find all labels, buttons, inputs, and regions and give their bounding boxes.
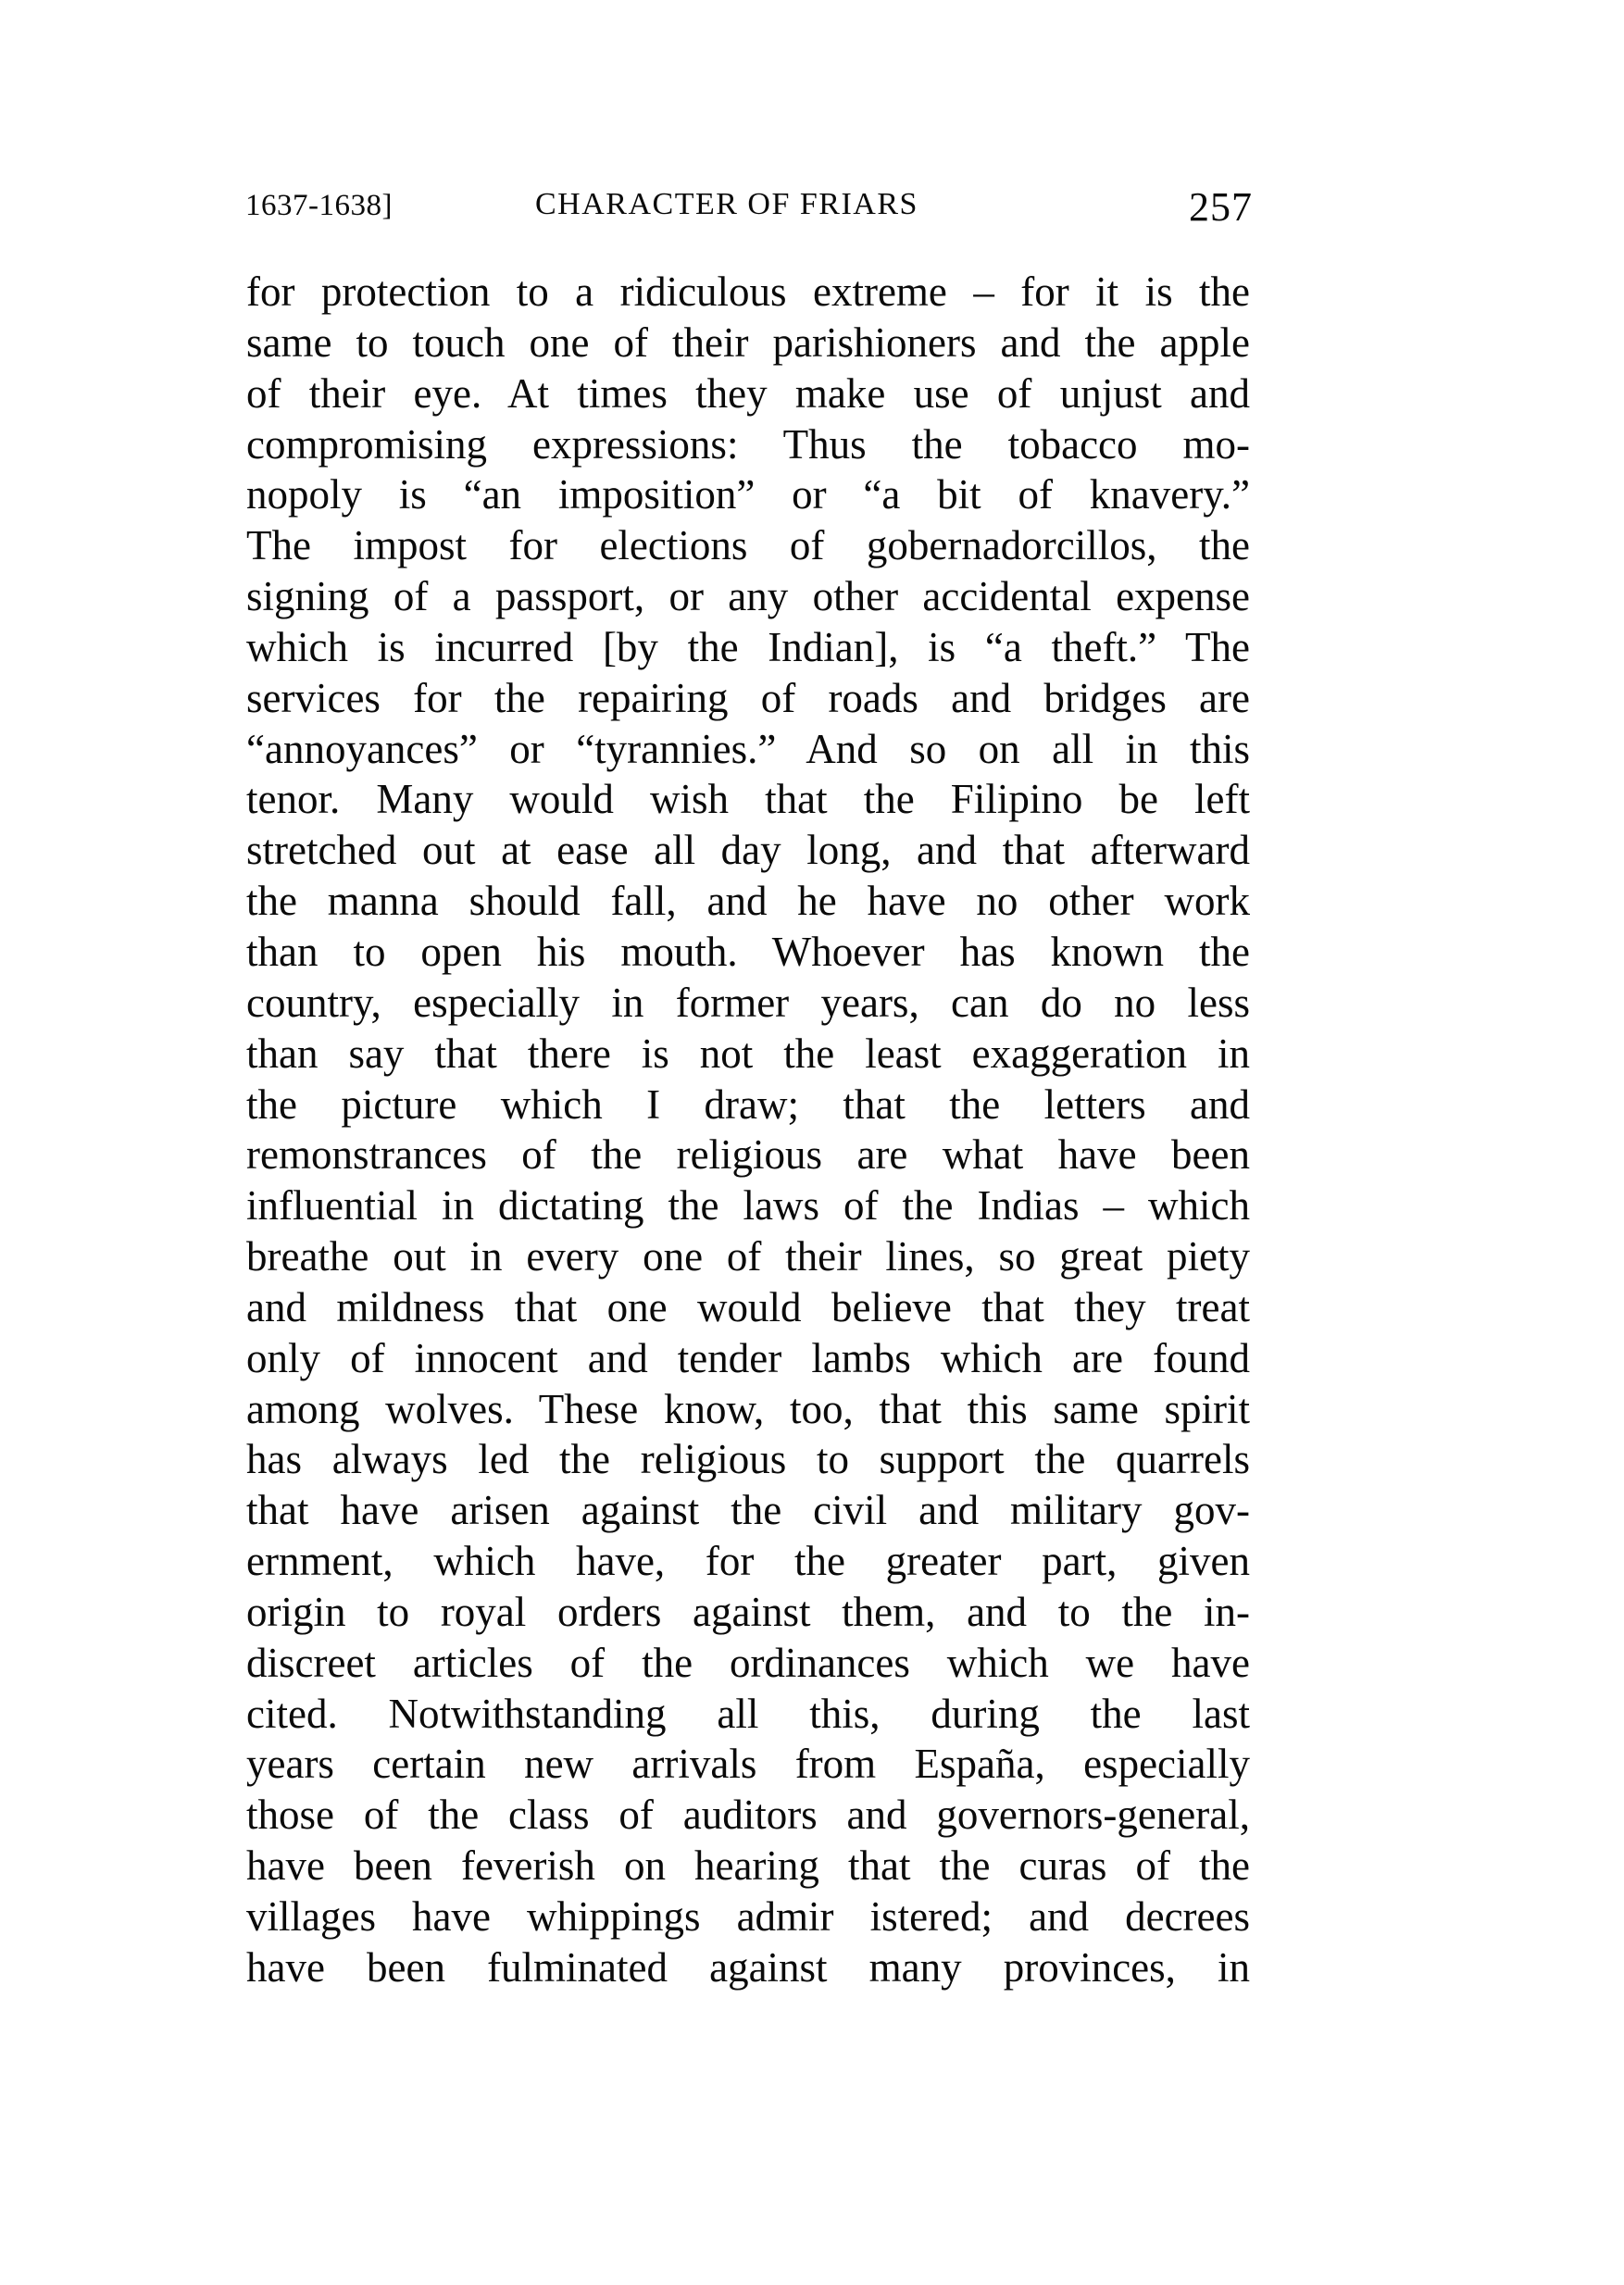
- book-page: 1637-1638] CHARACTER OF FRIARS 257 for p…: [0, 0, 1624, 2285]
- text-line: stretched out at ease all day long, and …: [246, 825, 1250, 876]
- text-line: those of the class of auditors and gover…: [246, 1790, 1250, 1841]
- text-line: breathe out in every one of their lines,…: [246, 1231, 1250, 1282]
- text-line: than to open his mouth. Whoever has know…: [246, 927, 1250, 978]
- text-line: of their eye. At times they make use of …: [246, 368, 1250, 419]
- text-line: country, especially in former years, can…: [246, 978, 1250, 1029]
- text-line: the picture which I draw; that the lette…: [246, 1080, 1250, 1130]
- text-line: has always led the religious to support …: [246, 1434, 1250, 1485]
- text-line: which is incurred [by the Indian], is “a…: [246, 622, 1250, 673]
- text-line: have been fulminated against many provin…: [246, 1942, 1250, 1993]
- text-line: discreet articles of the ordinances whic…: [246, 1638, 1250, 1689]
- text-line: origin to royal orders against them, and…: [246, 1587, 1250, 1638]
- text-line: The impost for elections of gobernadorci…: [246, 520, 1250, 571]
- text-line: same to touch one of their parishioners …: [246, 318, 1250, 368]
- text-line: villages have whippings admir istered; a…: [246, 1892, 1250, 1942]
- text-line: than say that there is not the least exa…: [246, 1029, 1250, 1080]
- text-line: that have arisen against the civil and m…: [246, 1485, 1250, 1536]
- running-head-date-range: 1637-1638]: [245, 189, 393, 223]
- text-line: cited. Notwithstanding all this, during …: [246, 1689, 1250, 1740]
- running-head: 1637-1638] CHARACTER OF FRIARS 257: [245, 183, 1253, 230]
- text-line: ernment, which have, for the greater par…: [246, 1536, 1250, 1587]
- text-line: only of innocent and tender lambs which …: [246, 1333, 1250, 1384]
- text-line: among wolves. These know, too, that this…: [246, 1384, 1250, 1435]
- text-line: have been feverish on hearing that the c…: [246, 1841, 1250, 1892]
- text-line: the manna should fall, and he have no ot…: [246, 876, 1250, 927]
- page-number: 257: [1189, 183, 1253, 231]
- text-line: and mildness that one would believe that…: [246, 1282, 1250, 1333]
- body-text: for protection to a ridiculous extreme –…: [246, 267, 1250, 1993]
- text-line: years certain new arrivals from España, …: [246, 1739, 1250, 1790]
- text-line: signing of a passport, or any other acci…: [246, 571, 1250, 622]
- text-line: compromising expressions: Thus the tobac…: [246, 419, 1250, 470]
- text-line: remonstrances of the religious are what …: [246, 1130, 1250, 1180]
- text-line: for protection to a ridiculous extreme –…: [246, 267, 1250, 318]
- text-line: services for the repairing of roads and …: [246, 673, 1250, 724]
- text-line: “annoyances” or “tyrannies.” And so on a…: [246, 724, 1250, 775]
- running-head-title: CHARACTER OF FRIARS: [535, 187, 918, 222]
- text-line: nopoly is “an imposition” or “a bit of k…: [246, 469, 1250, 520]
- text-line: tenor. Many would wish that the Filipino…: [246, 774, 1250, 825]
- text-line: influential in dictating the laws of the…: [246, 1180, 1250, 1231]
